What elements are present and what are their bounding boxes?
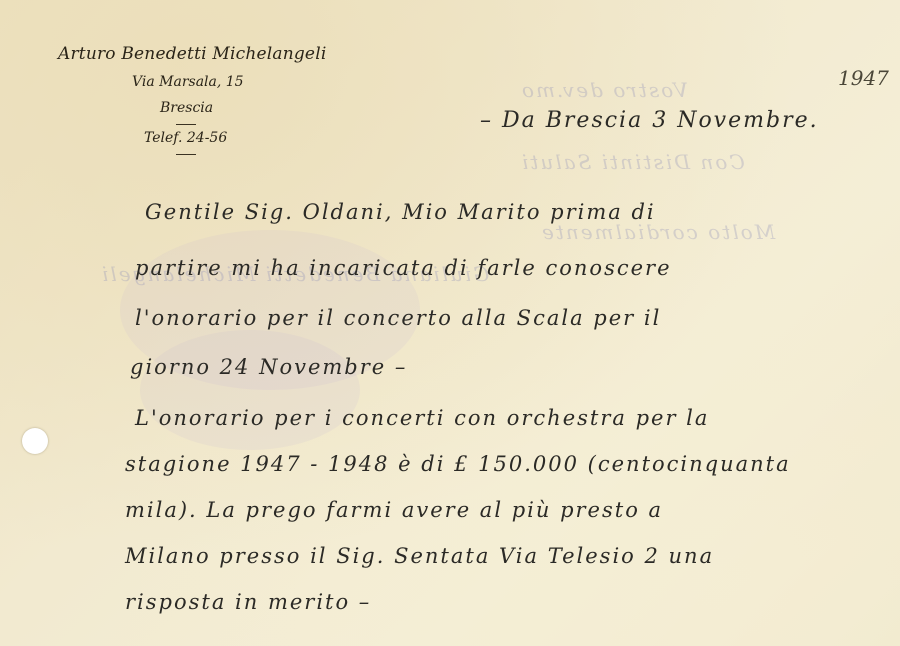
year-annotation: 1947 xyxy=(838,66,889,90)
letterhead-city: Brescia xyxy=(160,100,213,116)
body-line: stagione 1947 - 1948 è di £ 150.000 (cen… xyxy=(125,452,791,476)
letterhead-divider xyxy=(176,154,196,155)
letterhead-divider xyxy=(176,124,196,125)
body-line: L'onorario per i concerti con orchestra … xyxy=(135,406,709,430)
body-line: giorno 24 Novembre – xyxy=(130,355,407,379)
paper-stain xyxy=(140,330,360,450)
body-line: Milano presso il Sig. Sentata Via Telesi… xyxy=(125,544,714,568)
body-line: risposta in merito – xyxy=(125,590,371,614)
bleed-through-text: Vostro dev.mo xyxy=(520,78,688,102)
letterhead-name: Arturo Benedetti Michelangeli xyxy=(58,44,326,64)
body-line: Gentile Sig. Oldani, Mio Marito prima di xyxy=(145,200,656,224)
body-line: mila). La prego farmi avere al più prest… xyxy=(125,498,663,522)
punch-hole xyxy=(22,428,48,454)
date-line: – Da Brescia 3 Novembre. xyxy=(480,108,819,133)
letter-page: Vostro dev.mo Con Distinti Saluti Molto … xyxy=(0,0,900,646)
letterhead-address: Via Marsala, 15 xyxy=(132,74,244,90)
bleed-through-text: Con Distinti Saluti xyxy=(520,150,745,174)
body-line: partire mi ha incaricata di farle conosc… xyxy=(135,256,672,280)
body-line: l'onorario per il concerto alla Scala pe… xyxy=(135,306,661,330)
letterhead-phone: Telef. 24-56 xyxy=(144,130,227,146)
